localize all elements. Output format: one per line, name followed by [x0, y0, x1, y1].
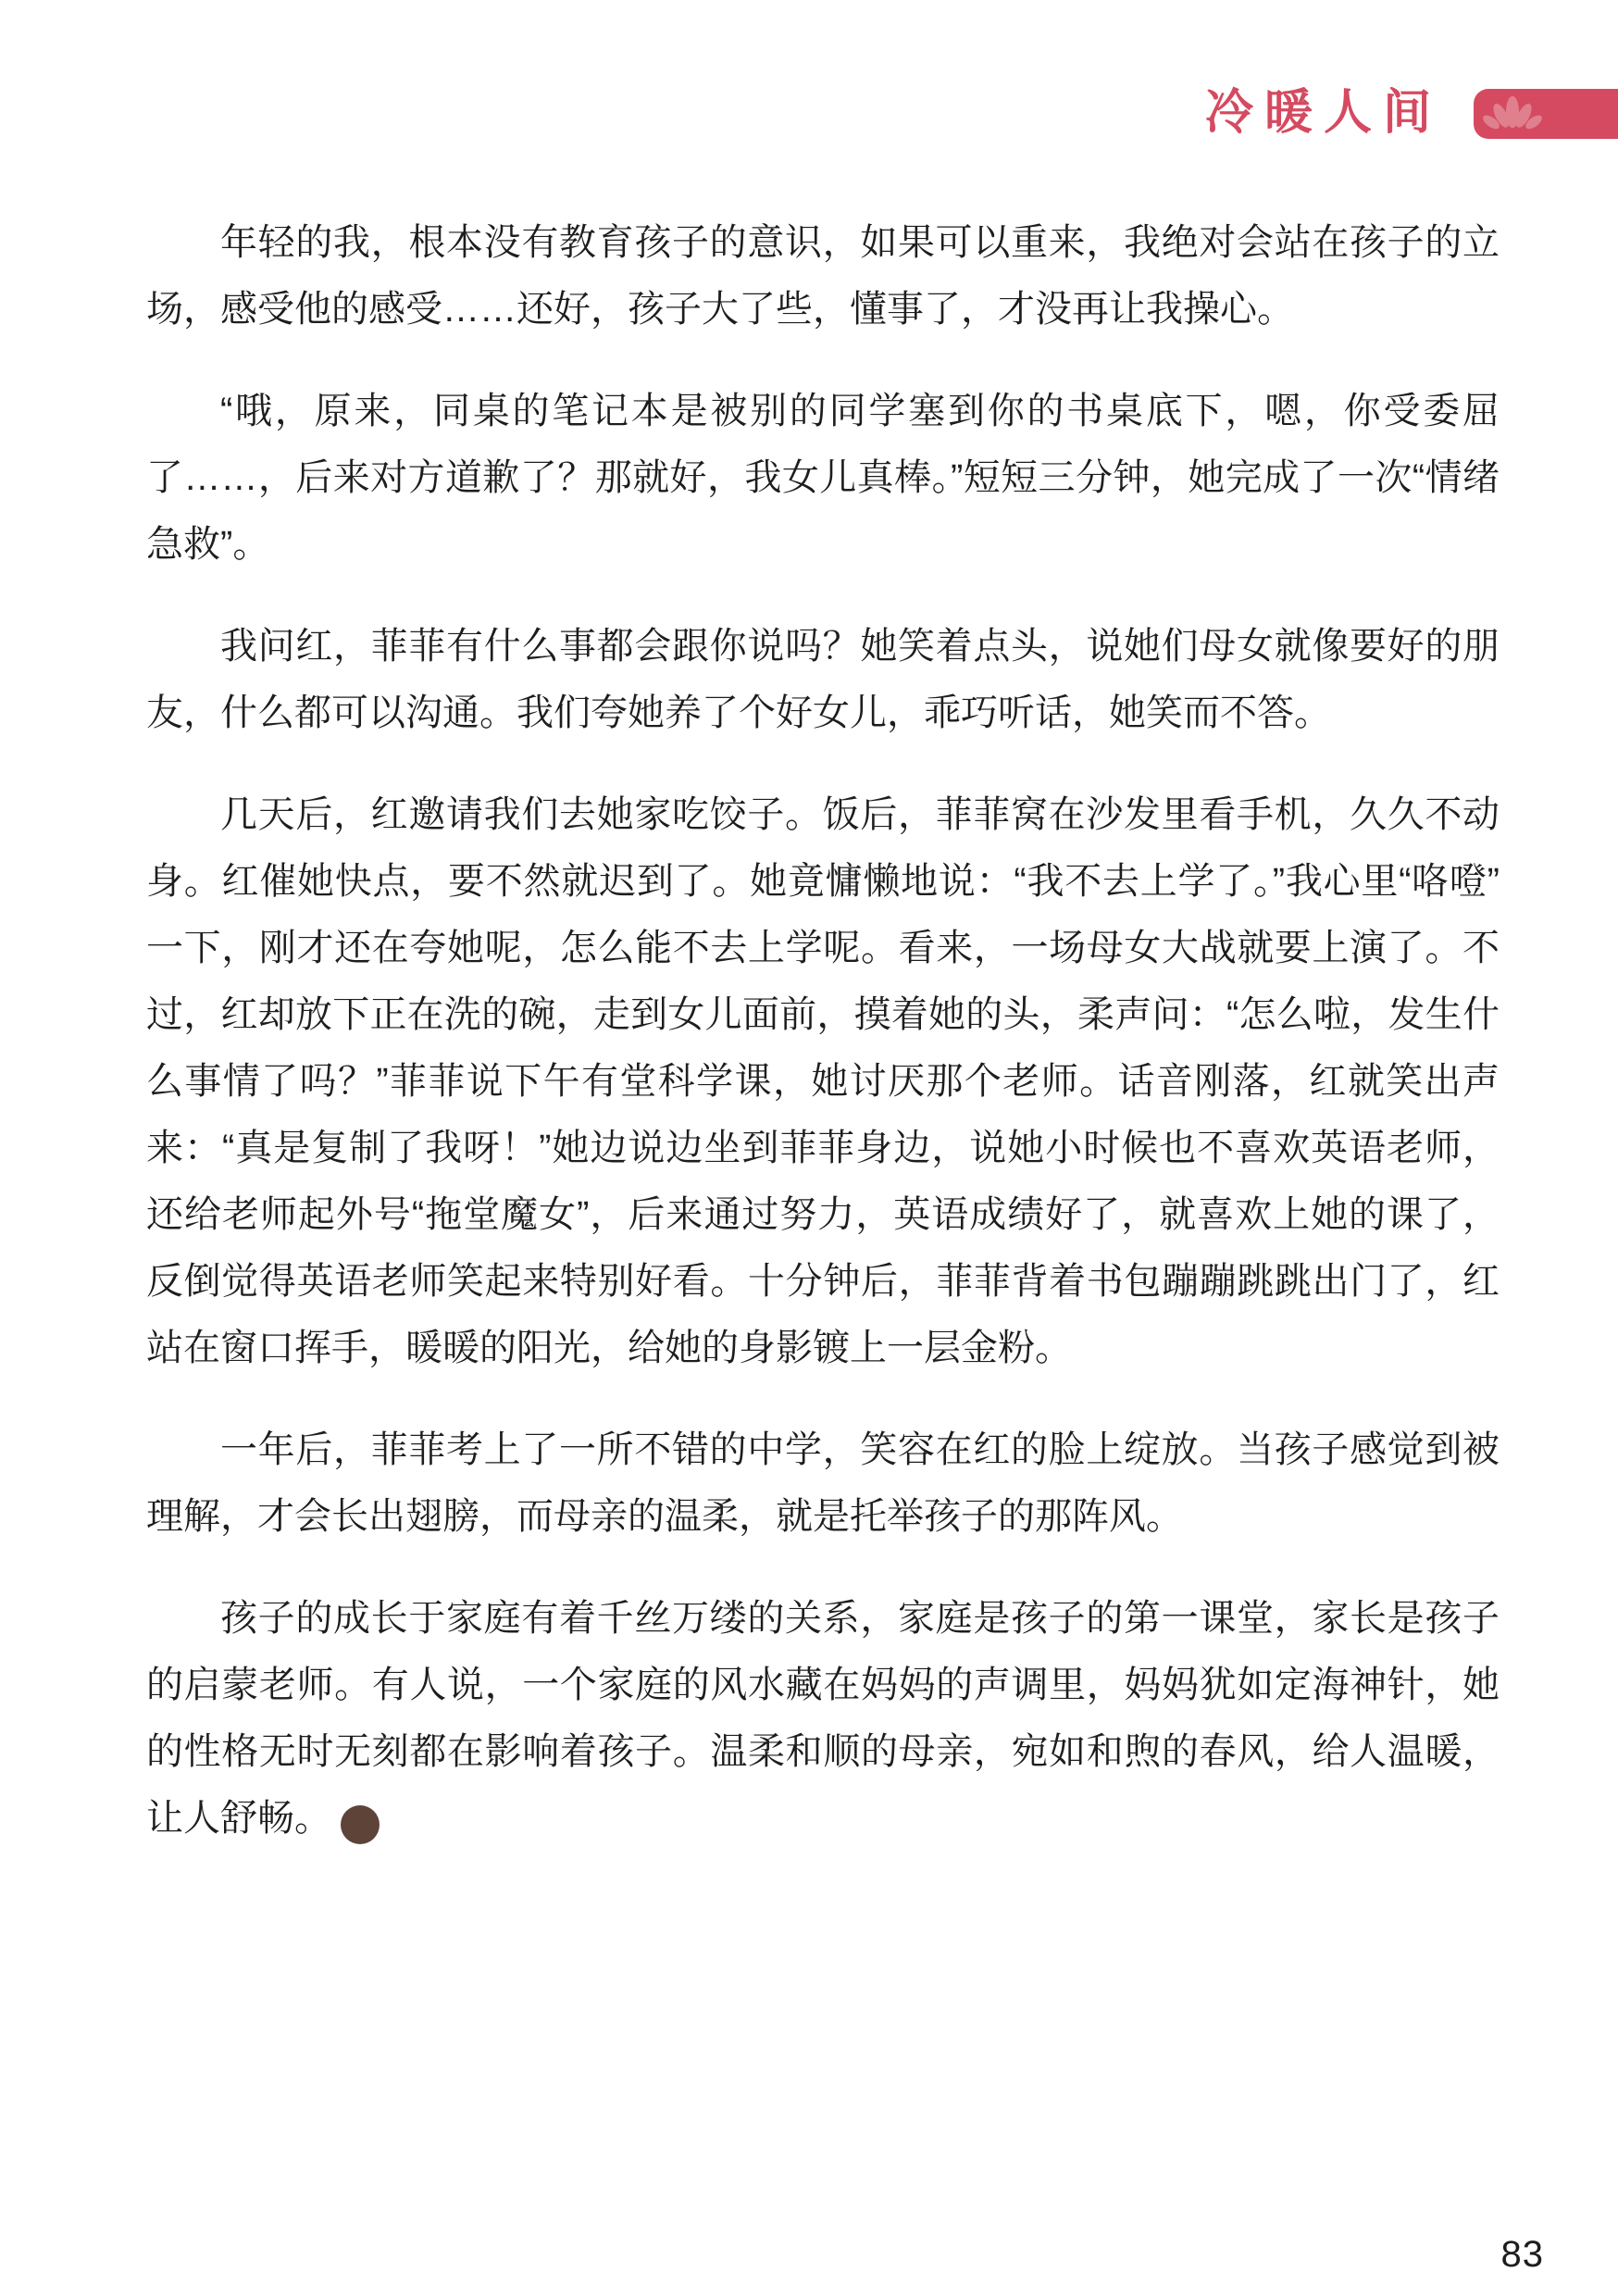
- section-title: 冷暖人间: [1205, 87, 1442, 139]
- lotus-icon: [1483, 92, 1542, 137]
- paragraph-6-text: 孩子的成长于家庭有着千丝万缕的关系，家庭是孩子的第一课堂，家长是孩子的启蒙老师。…: [146, 1598, 1500, 1839]
- paragraph-5: 一年后，菲菲考上了一所不错的中学，笑容在红的脸上绽放。当孩子感觉到被理解，才会长…: [146, 1416, 1500, 1550]
- header-badge: [1474, 89, 1618, 139]
- paragraph-2: “哦，原来，同桌的笔记本是被别的同学塞到你的书桌底下，嗯，你受委屈了……，后来对…: [146, 378, 1500, 578]
- article-body: 年轻的我，根本没有教育孩子的意识，如果可以重来，我绝对会站在孩子的立场，感受他的…: [146, 209, 1500, 1852]
- page-number: 83: [1501, 2234, 1545, 2276]
- article-end-lotus-icon: [341, 1805, 380, 1844]
- paragraph-1: 年轻的我，根本没有教育孩子的意识，如果可以重来，我绝对会站在孩子的立场，感受他的…: [146, 209, 1500, 343]
- paragraph-6: 孩子的成长于家庭有着千丝万缕的关系，家庭是孩子的第一课堂，家长是孩子的启蒙老师。…: [146, 1585, 1500, 1852]
- paragraph-3: 我问红，菲菲有什么事都会跟你说吗？她笑着点头，说她们母女就像要好的朋友，什么都可…: [146, 613, 1500, 746]
- magazine-page: 冷暖人间 年轻的我，根本没有教育孩子的意识，如果可以重来，我绝对会站在孩子的立场…: [0, 0, 1618, 2296]
- paragraph-4: 几天后，红邀请我们去她家吃饺子。饭后，菲菲窝在沙发里看手机，久久不动身。红催她快…: [146, 781, 1500, 1381]
